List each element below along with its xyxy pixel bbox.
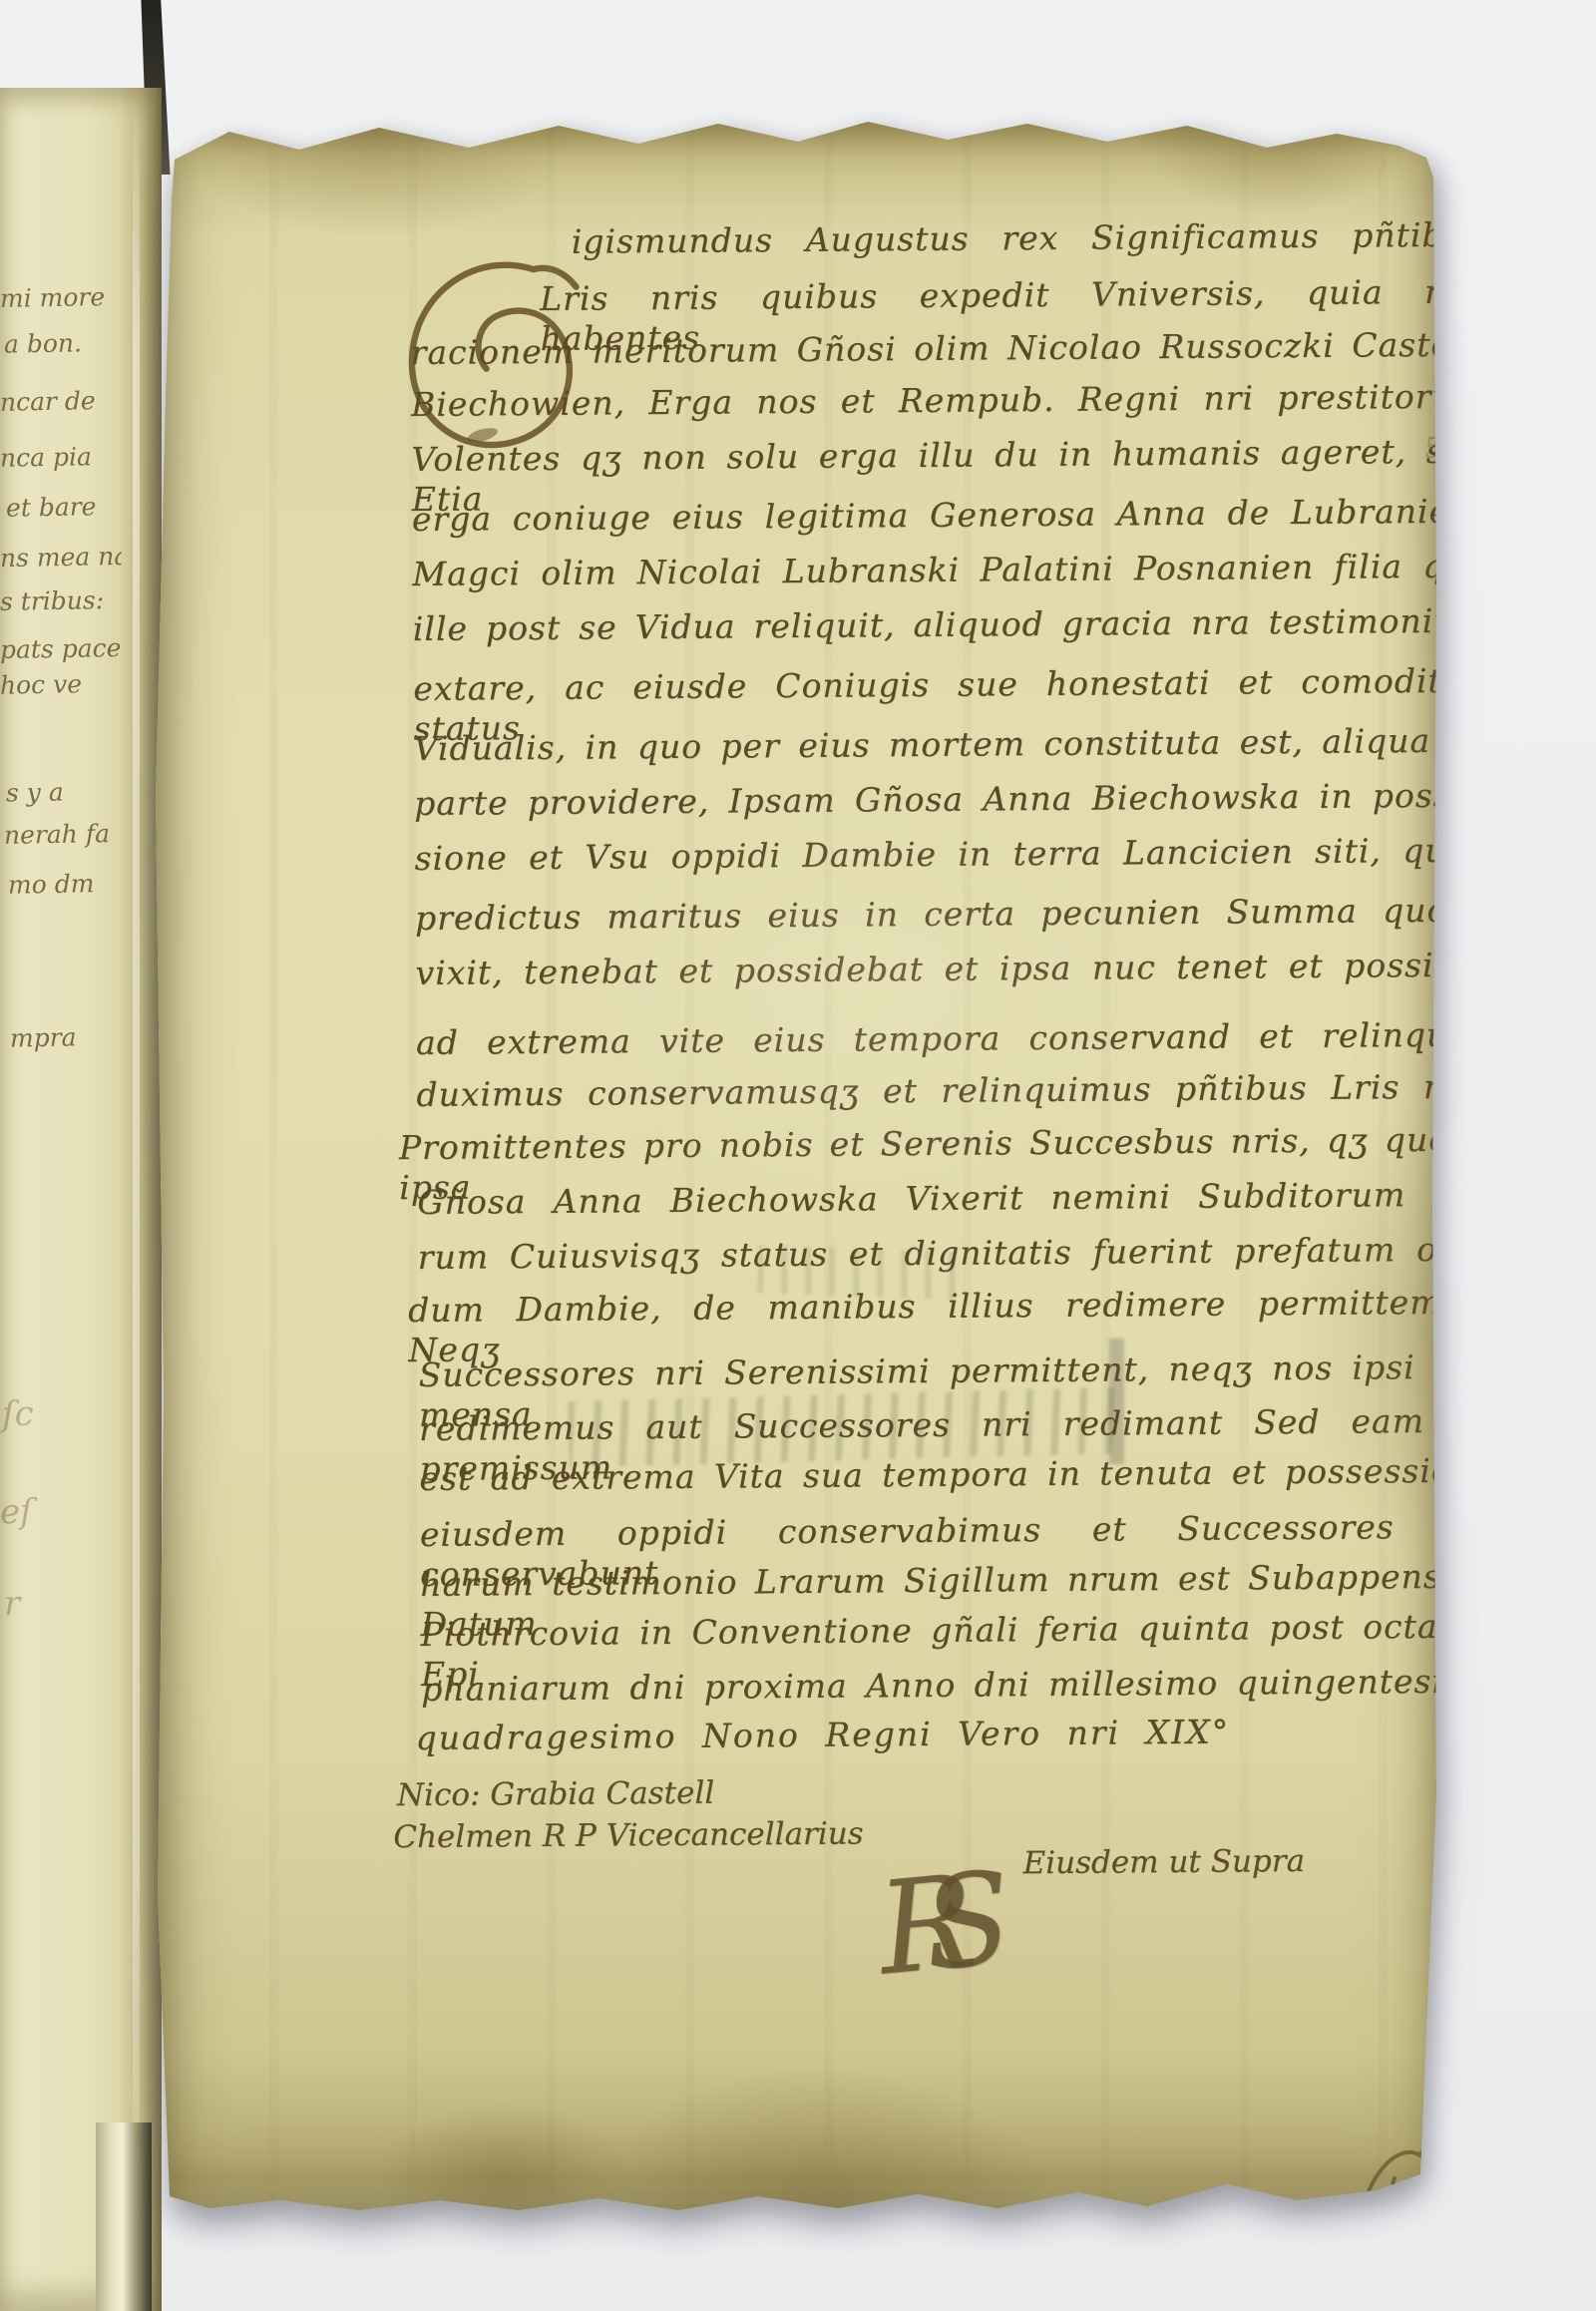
secretary-signature: Chelmen R P Vicecancellarius <box>393 1815 864 1855</box>
left-page-flourish: ſc <box>2 1394 34 1435</box>
text-line: est ad extrema Vita sua tempora in tenut… <box>419 1450 1494 1498</box>
text-line: Biechowien, Erga nos et Rempub. Regni nr… <box>411 377 1486 425</box>
text-line: vixit, tenebat et possidebat et ipsa nuc… <box>415 946 1490 993</box>
manuscript-page: 576 igismundus Augustus rex Significamus… <box>140 110 1446 2219</box>
photo-background: { "doc": { "colors": { "ink": "#5a4926",… <box>0 0 1596 2311</box>
left-page-flourish: eſ <box>0 1492 33 1533</box>
text-line: erga coniuge eius legitima Generosa Anna… <box>412 492 1487 540</box>
text-line: duximus conservamusqʒ et relinquimus pñt… <box>416 1066 1491 1114</box>
left-page-fragment: nerah fa <box>4 819 110 850</box>
left-page-fragment: pats pace <box>0 633 122 664</box>
text-block: igismundus Augustus rex Significamus pñt… <box>132 105 1455 2224</box>
royal-monogram: RS <box>873 1853 1035 1995</box>
text-line: ille post se Vidua reliquit, aliquod gra… <box>413 601 1488 649</box>
text-line: phaniarum dni proxima Anno dni millesimo… <box>421 1661 1496 1709</box>
text-line: rum Cuiusvisqʒ status et dignitatis fuer… <box>418 1229 1493 1277</box>
text-line: igismundus Augustus rex Significamus pñt… <box>572 215 1484 262</box>
left-page-fragment: mi more <box>0 282 105 313</box>
left-page-fragment: s y a <box>6 777 64 807</box>
left-page-fragment: et bare <box>6 492 97 523</box>
signature-note: Eiusdem ut Supra <box>1022 1843 1305 1881</box>
facing-page-text-fragments: mi more a bon. ncar de nca pia et bare n… <box>0 88 122 2182</box>
text-line: racionem meritorum Gñosi olim Nicolao Ru… <box>410 325 1485 373</box>
text-line: Magci olim Nicolai Lubranski Palatini Po… <box>412 547 1487 594</box>
secretary-signature: Nico: Grabia Castell <box>397 1775 715 1813</box>
left-page-fragment: ns mea na <box>0 542 122 573</box>
text-line: Vidualis, in quo per eius mortem constit… <box>414 721 1489 769</box>
left-page-fragment: mo dm <box>8 869 95 900</box>
text-line: predictus maritus eius in certa pecunien… <box>415 891 1490 939</box>
text-line: Gñosa Anna Biechowska Vixerit nemini Sub… <box>417 1174 1492 1222</box>
left-page-fragment: ncar de <box>0 386 96 417</box>
left-page-fragment: s tribus: <box>0 585 104 616</box>
text-line: sione et Vsu oppidi Dambie in terra Lanc… <box>414 831 1489 879</box>
text-line: parte providere, Ipsam Gñosa Anna Biecho… <box>414 776 1489 824</box>
text-line: quadragesimo Nono Regni Vero nri XIX° <box>415 1713 1230 1758</box>
left-page-flourish: r <box>4 1584 21 1624</box>
parchment-surface: 576 igismundus Augustus rex Significamus… <box>140 110 1446 2219</box>
left-page-fragment: hoc ve <box>0 669 82 699</box>
left-page-fragment: a bon. <box>4 328 82 358</box>
left-page-fragment: nca pia <box>0 442 92 473</box>
left-page-fragment: mpra <box>10 1022 77 1052</box>
ink-flourish-mark <box>1349 2120 1478 2230</box>
text-line: ad extrema vite eius tempora conservand … <box>416 1014 1491 1062</box>
book-spread: mi more a bon. ncar de nca pia et bare n… <box>0 0 1596 2311</box>
